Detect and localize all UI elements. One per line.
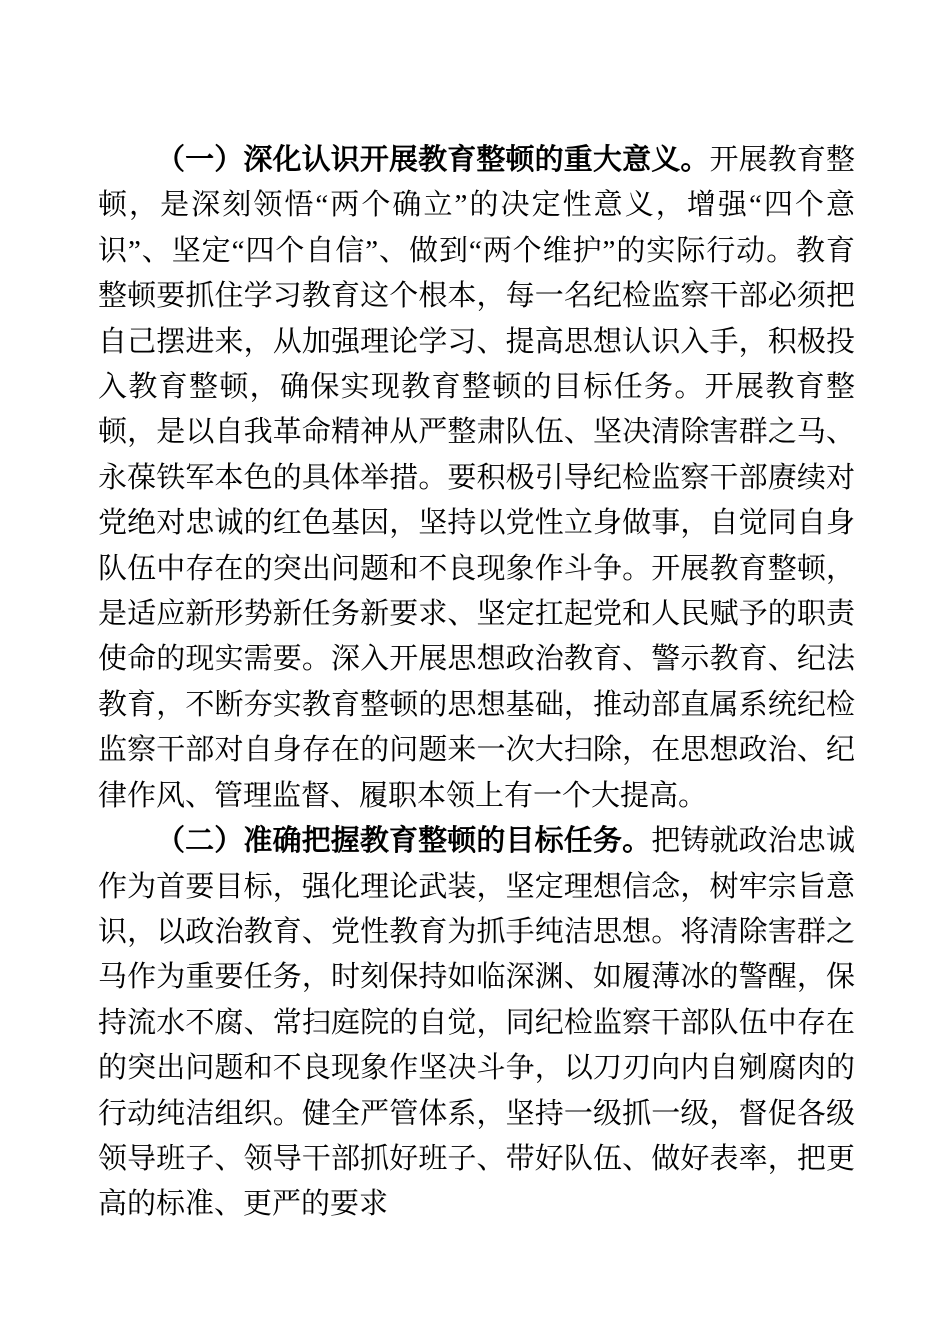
document-body: （一）深化认识开展教育整顿的重大意义。开展教育整顿，是深刻领悟“两个确立”的决定… — [98, 138, 855, 1228]
section-heading-2: （二）准确把握教育整顿的目标任务。 — [156, 825, 651, 857]
paragraph-1: （一）深化认识开展教育整顿的重大意义。开展教育整顿，是深刻领悟“两个确立”的决定… — [98, 138, 855, 819]
document-page: （一）深化认识开展教育整顿的重大意义。开展教育整顿，是深刻领悟“两个确立”的决定… — [0, 0, 950, 1344]
paragraph-2-text: 把铸就政治忠诚作为首要目标，强化理论武装，坚定理想信念，树牢宗旨意识，以政治教育… — [98, 825, 855, 1220]
paragraph-1-text: 开展教育整顿，是深刻领悟“两个确立”的决定性意义，增强“四个意识”、坚定“四个自… — [98, 144, 855, 812]
section-heading-1: （一）深化认识开展教育整顿的重大意义。 — [156, 144, 709, 176]
paragraph-2: （二）准确把握教育整顿的目标任务。把铸就政治忠诚作为首要目标，强化理论武装，坚定… — [98, 819, 855, 1228]
